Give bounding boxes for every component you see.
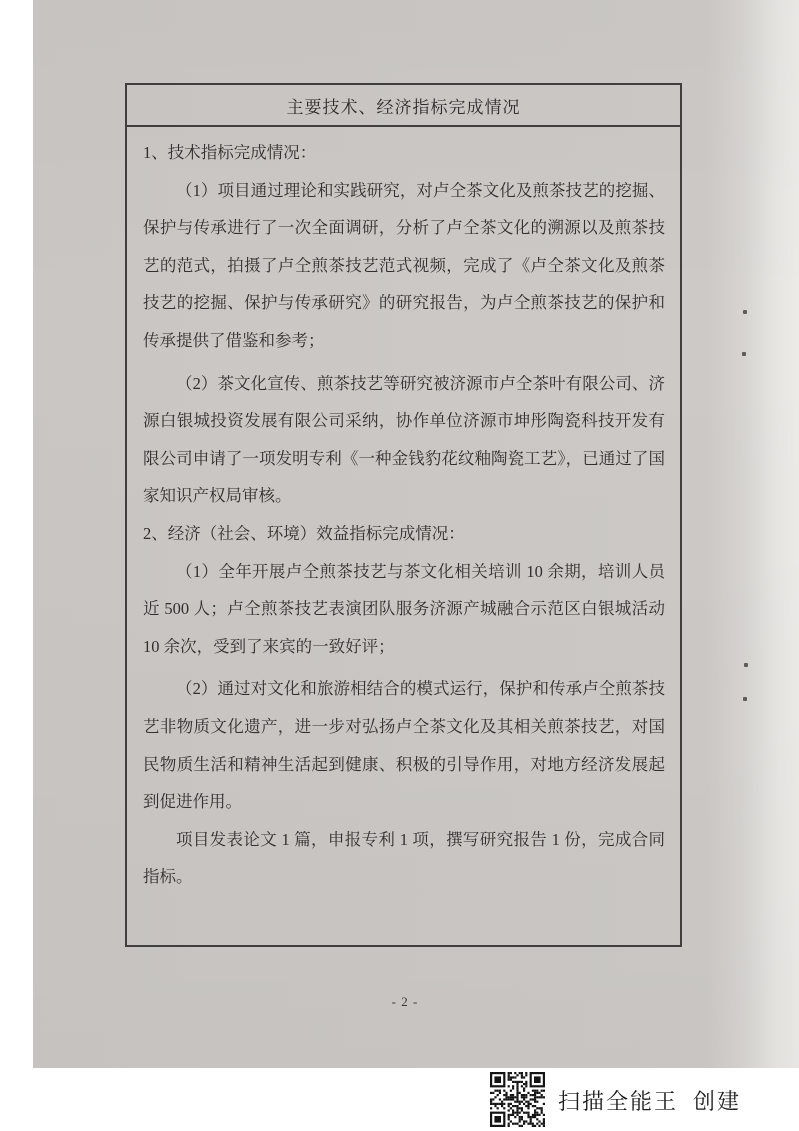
section-2-paragraph-1: （1）全年开展卢仝煎茶技艺与茶文化相关培训 10 余期，培训人员近 500 人；… <box>143 553 665 666</box>
section-2-heading: 2、经济（社会、环境）效益指标完成情况： <box>143 515 665 553</box>
section-1-paragraph-2: （2）茶文化宣传、煎茶技艺等研究被济源市卢仝茶叶有限公司、济源白银城投资发展有限… <box>143 365 665 515</box>
ink-speck <box>742 352 746 356</box>
scanned-paper: 主要技术、经济指标完成情况 1、技术指标完成情况： （1）项目通过理论和实践研究… <box>33 0 799 1068</box>
table-body: 1、技术指标完成情况： （1）项目通过理论和实践研究，对卢仝茶文化及煎茶技艺的挖… <box>127 127 680 896</box>
section-2-paragraph-2: （2）通过对文化和旅游相结合的模式运行，保护和传承卢仝煎茶技艺非物质文化遗产，进… <box>143 670 665 820</box>
closing-paragraph: 项目发表论文 1 篇，申报专利 1 项，撰写研究报告 1 份，完成合同指标。 <box>143 821 665 896</box>
ink-speck <box>743 697 747 701</box>
qr-code-icon <box>490 1072 545 1127</box>
page-number: - 2 - <box>370 994 440 1010</box>
section-1-paragraph-1: （1）项目通过理论和实践研究，对卢仝茶文化及煎茶技艺的挖掘、保护与传承进行了一次… <box>143 172 665 360</box>
scanner-watermark: 扫描全能王 创建 <box>558 1085 741 1116</box>
scanner-footer-bar: 扫描全能王 创建 <box>0 1068 799 1131</box>
section-1-heading: 1、技术指标完成情况： <box>143 134 665 172</box>
indicators-table: 主要技术、经济指标完成情况 1、技术指标完成情况： （1）项目通过理论和实践研究… <box>125 83 682 947</box>
table-title: 主要技术、经济指标完成情况 <box>127 85 680 127</box>
ink-speck <box>744 663 748 667</box>
ink-speck <box>743 310 747 314</box>
